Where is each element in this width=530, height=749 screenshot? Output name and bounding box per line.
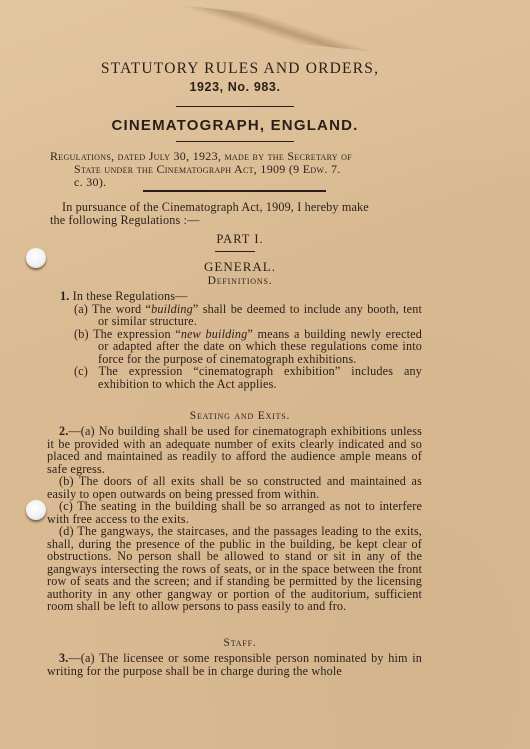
clause-label: (a)	[74, 302, 88, 316]
order-number: 1923, No. 983.	[0, 80, 470, 94]
clause-label: (c)	[74, 364, 88, 378]
reg-number: 1.	[60, 289, 69, 303]
clause-2b: (b) The doors of all exits shall be so c…	[47, 475, 422, 500]
enacting-line: the following Regulations :—	[50, 214, 425, 227]
regulations-line: c. 30).	[50, 176, 425, 189]
clause-2a: 2.—(a) No building shall be used for cin…	[47, 425, 422, 475]
clause-2c: (c) The seating in the building shall be…	[47, 500, 422, 525]
regulations-heading: Regulations, dated July 30, 1923, made b…	[50, 150, 425, 189]
clause-c: (c) The expression “cinematograph exhibi…	[60, 365, 422, 390]
document-title: CINEMATOGRAPH, ENGLAND.	[0, 117, 470, 134]
regulations-line: State under the Cinematograph Act, 1909 …	[50, 163, 425, 176]
clause-a: (a) The word “building” shall be deemed …	[60, 303, 422, 328]
punch-hole-bottom	[26, 500, 46, 520]
clause-text: —(a) No building shall be used for cinem…	[47, 424, 422, 476]
section-heading-staff: Staff.	[0, 637, 480, 649]
regulation-1: 1. In these Regulations— (a) The word “b…	[60, 290, 422, 390]
clause-b: (b) The expression “new building” means …	[60, 328, 422, 366]
divider	[215, 251, 255, 252]
paper-crease	[127, 0, 428, 57]
clause-text: The expression “cinematograph exhibition…	[98, 364, 422, 391]
part-title: GENERAL.	[0, 259, 480, 275]
series-title: STATUTORY RULES AND ORDERS,	[0, 60, 480, 78]
part-label: PART I.	[0, 232, 480, 247]
enacting-line: In pursuance of the Cinematograph Act, 1…	[50, 201, 425, 214]
clause-text: —(a) The licensee or some responsible pe…	[47, 651, 422, 678]
divider	[176, 141, 294, 142]
regulation-2: 2.—(a) No building shall be used for cin…	[47, 425, 422, 613]
divider	[143, 190, 326, 192]
section-heading-seating: Seating and Exits.	[0, 410, 480, 422]
enacting-clause: In pursuance of the Cinematograph Act, 1…	[50, 201, 425, 226]
clause-2d: (d) The gangways, the staircases, and th…	[47, 525, 422, 613]
clause-3a: 3.—(a) The licensee or some responsible …	[47, 652, 422, 677]
section-heading-definitions: Definitions.	[0, 275, 480, 287]
clause-label: (b)	[74, 327, 89, 341]
divider	[176, 106, 294, 107]
regulation-3: 3.—(a) The licensee or some responsible …	[47, 652, 422, 677]
